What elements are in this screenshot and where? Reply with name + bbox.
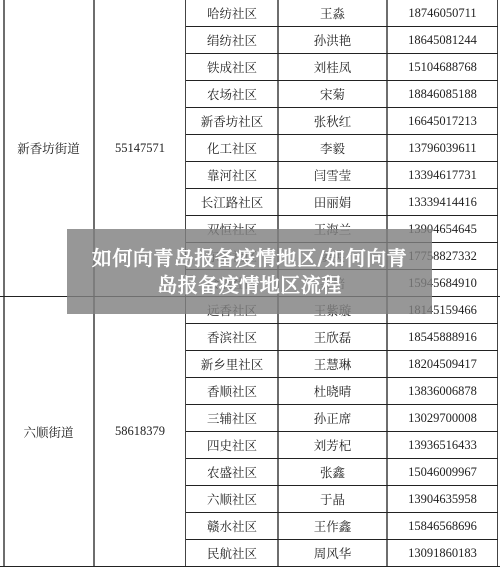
contact-person: 孙正席 [279,405,386,432]
community-name: 长江路社区 [187,189,277,216]
community-name: 哈纺社区 [187,0,277,27]
contact-mobile: 13936516433 [388,432,497,459]
community-name: 赣水社区 [187,513,277,540]
contact-mobile: 13836006878 [388,378,497,405]
community-name: 六顺社区 [187,486,277,513]
community-name: 四史社区 [187,432,277,459]
contact-person: 王作鑫 [279,513,386,540]
contact-mobile: 13029700008 [388,405,497,432]
street-name: 六顺街道 [4,296,93,567]
contact-person: 宋菊 [279,81,386,108]
contact-person: 周风华 [279,540,386,567]
community-name: 民航社区 [187,540,277,567]
contact-person: 张秋红 [279,108,386,135]
contact-person: 张鑫 [279,459,386,486]
contact-person: 王慧琳 [279,351,386,378]
contact-mobile: 18545888916 [388,324,497,351]
table-border-right [497,0,498,567]
community-name: 农盛社区 [187,459,277,486]
community-name: 新乡里社区 [187,351,277,378]
contact-mobile: 13091860183 [388,540,497,567]
contact-person: 田丽娟 [279,189,386,216]
banner-title-line-1: 如何向青岛报备疫情地区/如何向青 [92,245,407,272]
contact-mobile: 18746050711 [388,0,497,27]
contact-mobile: 16645017213 [388,108,497,135]
contact-person: 孙洪艳 [279,27,386,54]
contact-mobile: 18846085188 [388,81,497,108]
contact-person: 王欣磊 [279,324,386,351]
community-name: 三辅社区 [187,405,277,432]
contact-mobile: 13339414416 [388,189,497,216]
contact-person: 闫雪莹 [279,162,386,189]
contact-mobile: 15046009967 [388,459,497,486]
contact-person: 刘芳杞 [279,432,386,459]
contact-mobile: 13904635958 [388,486,497,513]
contact-mobile: 15104688768 [388,54,497,81]
community-name: 农场社区 [187,81,277,108]
community-name: 化工社区 [187,135,277,162]
contact-person: 刘桂凤 [279,54,386,81]
community-name: 香顺社区 [187,378,277,405]
contact-person: 李毅 [279,135,386,162]
contact-mobile: 13394617731 [388,162,497,189]
community-name: 绢纺社区 [187,27,277,54]
contact-person: 于晶 [279,486,386,513]
contact-person: 王淼 [279,0,386,27]
contact-person: 杜晓晴 [279,378,386,405]
community-name: 香滨社区 [187,324,277,351]
banner-title-line-2: 岛报备疫情地区流程 [157,272,342,299]
title-overlay-banner: 如何向青岛报备疫情地区/如何向青 岛报备疫情地区流程 [67,229,432,314]
contact-mobile: 18645081244 [388,27,497,54]
contact-mobile: 18204509417 [388,351,497,378]
community-name: 新香坊社区 [187,108,277,135]
community-name: 铁成社区 [187,54,277,81]
contact-mobile: 13796039611 [388,135,497,162]
community-name: 靠河社区 [187,162,277,189]
street-phone: 58618379 [95,296,185,567]
contact-mobile: 15846568696 [388,513,497,540]
